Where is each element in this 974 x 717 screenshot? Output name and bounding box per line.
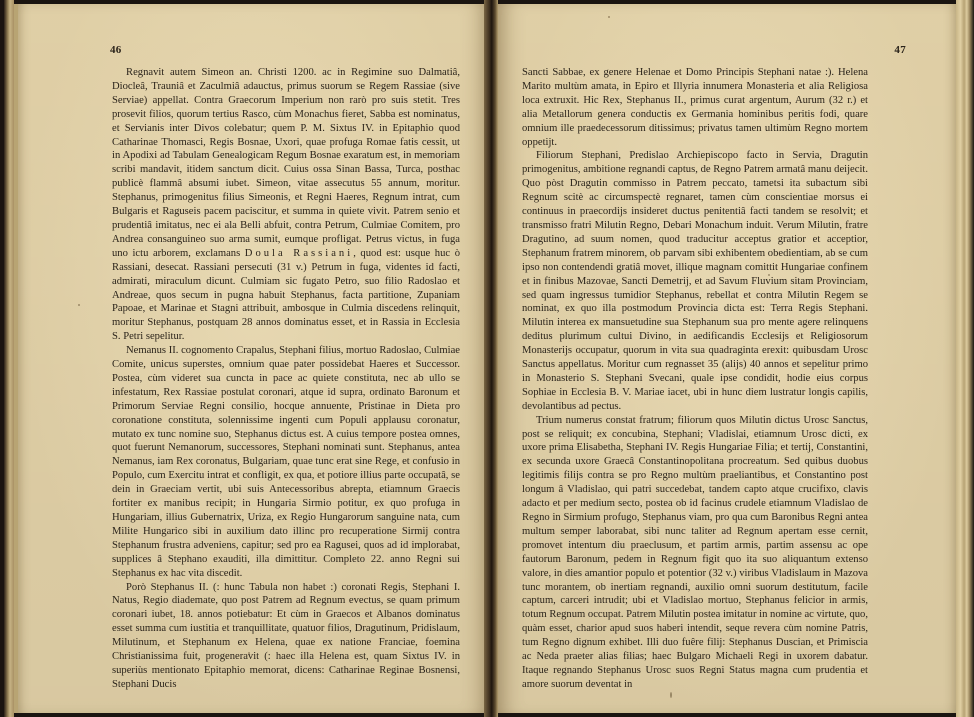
paragraph-text: , quod est: usque huc ò Rassiani, deseca… [112, 248, 460, 342]
paper-speck [768, 274, 770, 276]
paragraph-simeon: Regnavit autem Simeon an. Christi 1200. … [112, 66, 460, 344]
right-page-text: Sancti Sabbae, ex genere Helenae et Domo… [522, 66, 868, 692]
spaced-emphasis-text: Doula Rassiani [245, 248, 353, 259]
paragraph-filiorum-stephani: Filiorum Stephani, Predislao Archiepisco… [522, 149, 868, 413]
paragraph-stephanus-ii: Porò Stephanus II. (: hunc Tabula non ha… [112, 581, 460, 692]
paper-speck [248, 652, 250, 654]
left-page: 46 Regnavit autem Simeon an. Christi 120… [14, 4, 488, 713]
paper-speck [670, 692, 672, 698]
right-page: 47 Sancti Sabbae, ex genere Helenae et D… [498, 4, 956, 713]
left-page-text: Regnavit autem Simeon an. Christi 1200. … [112, 66, 460, 692]
page-number-left: 46 [110, 44, 122, 56]
book-gutter [484, 0, 498, 717]
paper-speck [78, 304, 80, 306]
paragraph-trium-fratrum: Trium numerus constat fratrum; filiorum … [522, 414, 868, 692]
page-number-right: 47 [894, 44, 906, 56]
paragraph-nemanus: Nemanus II. cognomento Crapalus, Stephan… [112, 344, 460, 580]
open-book-spread: 46 Regnavit autem Simeon an. Christi 120… [0, 0, 974, 717]
paragraph-text: Regnavit autem Simeon an. Christi 1200. … [112, 67, 460, 259]
paragraph-continuation: Sancti Sabbae, ex genere Helenae et Domo… [522, 66, 868, 149]
paper-speck [608, 16, 610, 18]
